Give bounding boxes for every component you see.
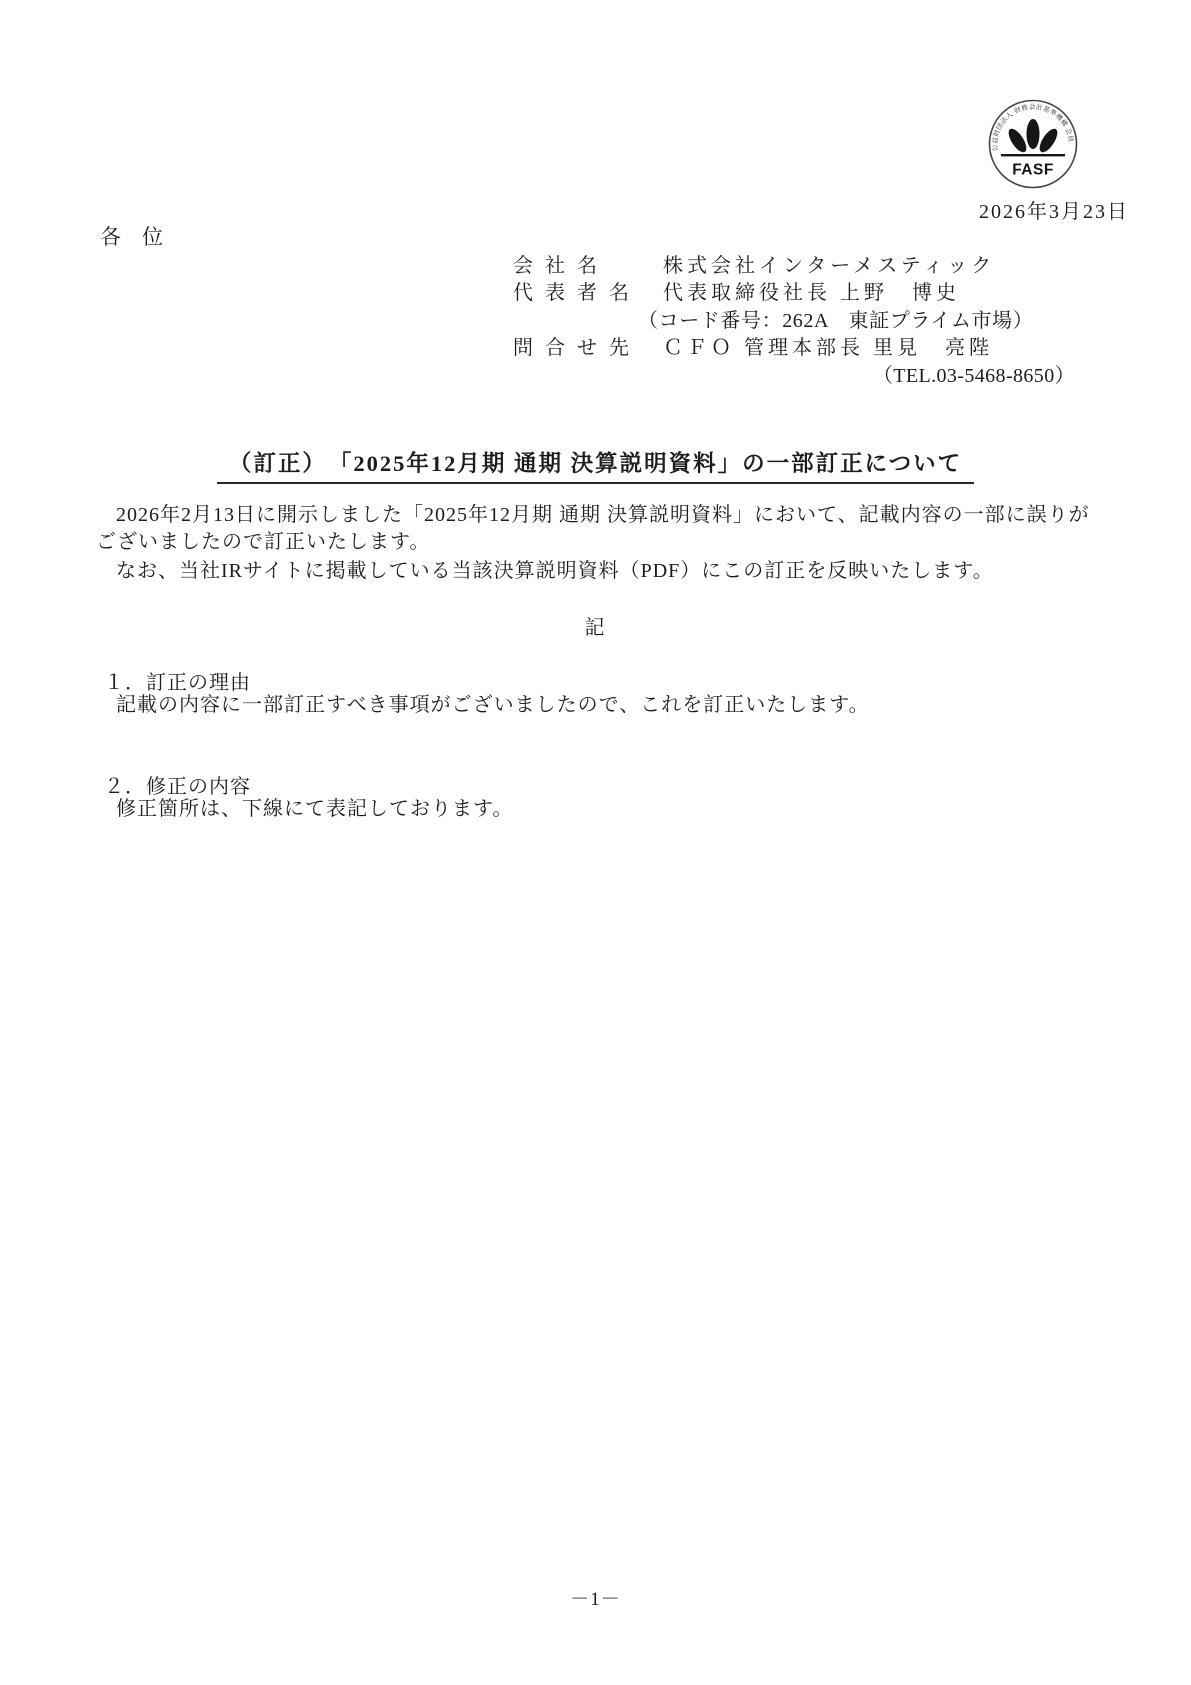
contact-line: 問合せ先ＣＦＯ 管理本部長 里見 亮陛 xyxy=(513,335,1079,362)
telephone-line: （TEL.03-5468-8650） xyxy=(513,363,1079,390)
recipient: 各 位 xyxy=(100,221,163,251)
company-name-value: 株式会社インターメスティック xyxy=(663,255,995,277)
page-number: －1－ xyxy=(0,1584,1191,1611)
body-paragraph-2: なお、当社IRサイトに掲載している当該決算説明資料（PDF）にこの訂正を反映いた… xyxy=(96,558,1095,585)
document-date: 2026年3月23日 xyxy=(979,195,1129,224)
title-row: （訂正） 「2025年12月期 通期 決算説明資料」の一部訂正について xyxy=(0,446,1191,484)
representative-value: 代表取締役社長 上野 博史 xyxy=(663,282,960,304)
company-name-line: 会社名株式会社インターメスティック xyxy=(513,253,1079,280)
representative-label: 代表者名 xyxy=(513,280,663,307)
representative-line: 代表者名代表取締役社長 上野 博史 xyxy=(513,280,1079,307)
contact-label: 問合せ先 xyxy=(513,335,663,362)
section-1-text: 記載の内容に一部訂正すべき事項がございましたので、これを訂正いたします。 xyxy=(96,692,1095,719)
company-name-label: 会社名 xyxy=(513,253,663,280)
document-page: 公益財団法人 財務会計基準機構 会員 FASF 2026年3月23日 各 位 会… xyxy=(0,0,1191,1685)
logo-acronym: FASF xyxy=(1012,162,1054,179)
body-paragraph-1: 2026年2月13日に開示しました「2025年12月期 通期 決算説明資料」にお… xyxy=(96,502,1095,556)
fasf-logo-icon: 公益財団法人 財務会計基準機構 会員 FASF xyxy=(988,99,1078,189)
stock-code-line: （コード番号：262A 東証プライム市場） xyxy=(513,308,1079,335)
company-info-block: 会社名株式会社インターメスティック 代表者名代表取締役社長 上野 博史 （コード… xyxy=(513,253,1079,390)
record-mark: 記 xyxy=(0,611,1191,640)
section-2-heading: ２．修正の内容 xyxy=(104,770,251,799)
section-1-heading: １．訂正の理由 xyxy=(104,666,251,695)
contact-value: ＣＦＯ 管理本部長 里見 亮陛 xyxy=(663,337,993,359)
fasf-logo: 公益財団法人 財務会計基準機構 会員 FASF xyxy=(988,99,1078,189)
section-2-text: 修正箇所は、下線にて表記しております。 xyxy=(96,796,1095,823)
document-title: （訂正） 「2025年12月期 通期 決算説明資料」の一部訂正について xyxy=(217,446,974,484)
